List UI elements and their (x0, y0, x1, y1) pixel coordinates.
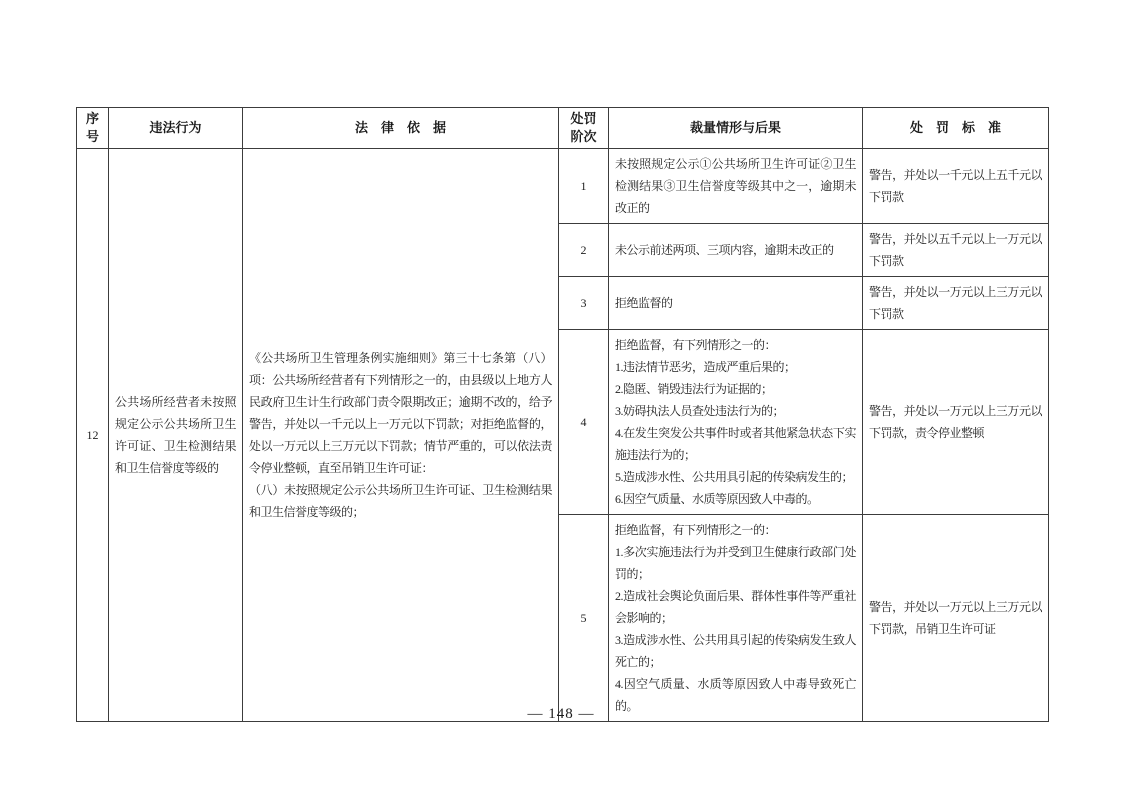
cell-penalty-level-1: 1 (559, 149, 609, 224)
cell-standard-3: 警告，并处以一万元以上三万元以下罚款 (863, 277, 1049, 330)
cell-situation-3: 拒绝监督的 (609, 277, 863, 330)
cell-violation: 公共场所经营者未按照规定公示公共场所卫生许可证、卫生检测结果和卫生信誉度等级的 (109, 149, 243, 722)
table-header-row: 序 号 违法行为 法 律 依 据 处罚 阶次 裁量情形与后果 处 罚 标 准 (77, 108, 1049, 149)
page-number: — 148 — (0, 706, 1122, 723)
table-row: 12 公共场所经营者未按照规定公示公共场所卫生许可证、卫生检测结果和卫生信誉度等… (77, 149, 1049, 224)
penalty-discretion-table: 序 号 违法行为 法 律 依 据 处罚 阶次 裁量情形与后果 处 罚 标 准 1… (76, 107, 1049, 722)
cell-standard-2: 警告，并处以五千元以上一万元以下罚款 (863, 224, 1049, 277)
cell-penalty-level-5: 5 (559, 515, 609, 722)
cell-legal-basis: 《公共场所卫生管理条例实施细则》第三十七条第（八）项：公共场所经营者有下列情形之… (243, 149, 559, 722)
header-serial-number: 序 号 (77, 108, 109, 149)
cell-penalty-level-3: 3 (559, 277, 609, 330)
header-penalty-standard: 处 罚 标 准 (863, 108, 1049, 149)
cell-penalty-level-2: 2 (559, 224, 609, 277)
header-violation: 违法行为 (109, 108, 243, 149)
cell-situation-1: 未按照规定公示①公共场所卫生许可证②卫生检测结果③卫生信誉度等级其中之一，逾期未… (609, 149, 863, 224)
cell-standard-4: 警告，并处以一万元以上三万元以下罚款，责令停业整顿 (863, 330, 1049, 515)
cell-standard-5: 警告，并处以一万元以上三万元以下罚款，吊销卫生许可证 (863, 515, 1049, 722)
cell-penalty-level-4: 4 (559, 330, 609, 515)
cell-standard-1: 警告，并处以一千元以上五千元以下罚款 (863, 149, 1049, 224)
header-circumstances: 裁量情形与后果 (609, 108, 863, 149)
cell-situation-2: 未公示前述两项、三项内容，逾期未改正的 (609, 224, 863, 277)
header-legal-basis: 法 律 依 据 (243, 108, 559, 149)
cell-serial-number: 12 (77, 149, 109, 722)
cell-situation-5: 拒绝监督，有下列情形之一的： 1.多次实施违法行为并受到卫生健康行政部门处罚的；… (609, 515, 863, 722)
document-page: 序 号 违法行为 法 律 依 据 处罚 阶次 裁量情形与后果 处 罚 标 准 1… (0, 0, 1122, 793)
cell-situation-4: 拒绝监督，有下列情形之一的： 1.违法情节恶劣，造成严重后果的； 2.隐匿、销毁… (609, 330, 863, 515)
header-penalty-level: 处罚 阶次 (559, 108, 609, 149)
